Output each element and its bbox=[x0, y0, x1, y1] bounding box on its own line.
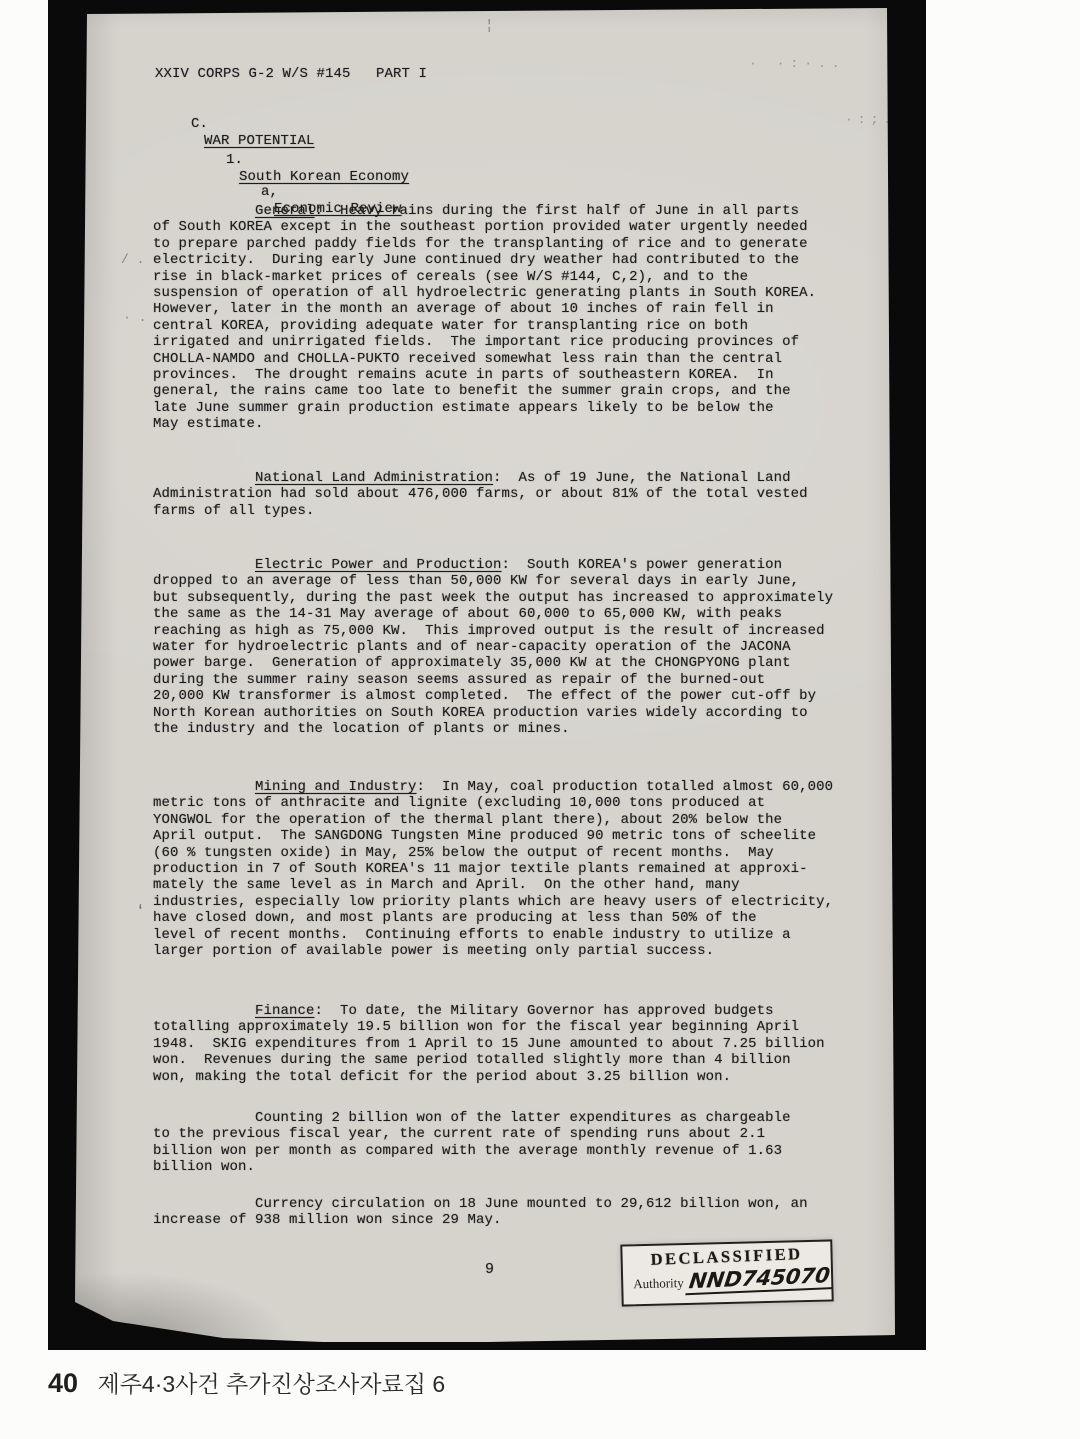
margin-stray-mark: · . bbox=[123, 310, 146, 325]
paragraph-finance: Finance: To date, the Military Governor … bbox=[153, 1003, 893, 1085]
paragraph-body: : In May, coal production totalled almos… bbox=[153, 779, 833, 959]
paragraph-currency-circulation: Currency circulation on 18 June mounted … bbox=[153, 1196, 893, 1229]
document-header-line: XXIV CORPS G-2 W/S #145 PART I bbox=[155, 66, 427, 82]
paragraph-body: : Heavy rains during the first half of J… bbox=[153, 203, 816, 432]
margin-stray-mark: / . bbox=[121, 252, 144, 267]
paragraph-body: : South KOREA's power generation dropped… bbox=[153, 557, 833, 737]
book-page-number: 40 bbox=[48, 1368, 78, 1398]
margin-stray-mark: ʻ bbox=[135, 904, 146, 924]
paragraph-body: : To date, the Military Governor has app… bbox=[153, 1003, 825, 1085]
paragraph-heading: General bbox=[255, 203, 315, 219]
book-page-scan: { "page": { "header_line": "XXIV CORPS G… bbox=[0, 0, 1080, 1439]
pencil-smudge-mark: ·:;.. '·-·· .:- .:.. bbox=[845, 112, 1080, 127]
scan-noise-mark: ¦ bbox=[485, 18, 493, 34]
section-letter: C. bbox=[191, 116, 208, 132]
stamp-authority-value-handwritten: NND745070 bbox=[685, 1264, 835, 1295]
scanned-document-page: XXIV CORPS G-2 W/S #145 PART I C. WAR PO… bbox=[73, 6, 895, 1342]
paragraph-body: Counting 2 billion won of the latter exp… bbox=[153, 1110, 791, 1175]
stamp-authority-label: Authority bbox=[633, 1275, 684, 1291]
paragraph-heading: Mining and Industry bbox=[255, 779, 417, 795]
paragraph-heading: Finance bbox=[255, 1003, 315, 1019]
paragraph-national-land-administration: National Land Administration: As of 19 J… bbox=[153, 470, 893, 519]
typed-page-number: 9 bbox=[485, 1262, 494, 1278]
declassified-stamp: DECLASSIFIED AuthorityNND745070 bbox=[620, 1239, 833, 1306]
paragraph-spending-rate: Counting 2 billion won of the latter exp… bbox=[153, 1110, 893, 1176]
paragraph-electric-power-and-production: Electric Power and Production: South KOR… bbox=[153, 557, 893, 737]
subsection-number: 1. bbox=[226, 152, 243, 168]
paragraph-body: Currency circulation on 18 June mounted … bbox=[153, 1196, 808, 1228]
paragraph-mining-and-industry: Mining and Industry: In May, coal produc… bbox=[153, 779, 893, 959]
book-title-korean: 제주4·3사건 추가진상조사자료집 6 bbox=[98, 1371, 446, 1397]
paragraph-general: General: Heavy rains during the first ha… bbox=[153, 203, 893, 433]
paragraph-heading: National Land Administration bbox=[255, 470, 493, 486]
paragraph-heading: Electric Power and Production bbox=[255, 557, 502, 573]
declassified-stamp-authority: AuthorityNND745070 bbox=[633, 1265, 833, 1295]
book-footer-caption: 40 제주4·3사건 추가진상조사자료집 6 bbox=[48, 1366, 445, 1399]
item-letter: a, bbox=[261, 184, 278, 200]
